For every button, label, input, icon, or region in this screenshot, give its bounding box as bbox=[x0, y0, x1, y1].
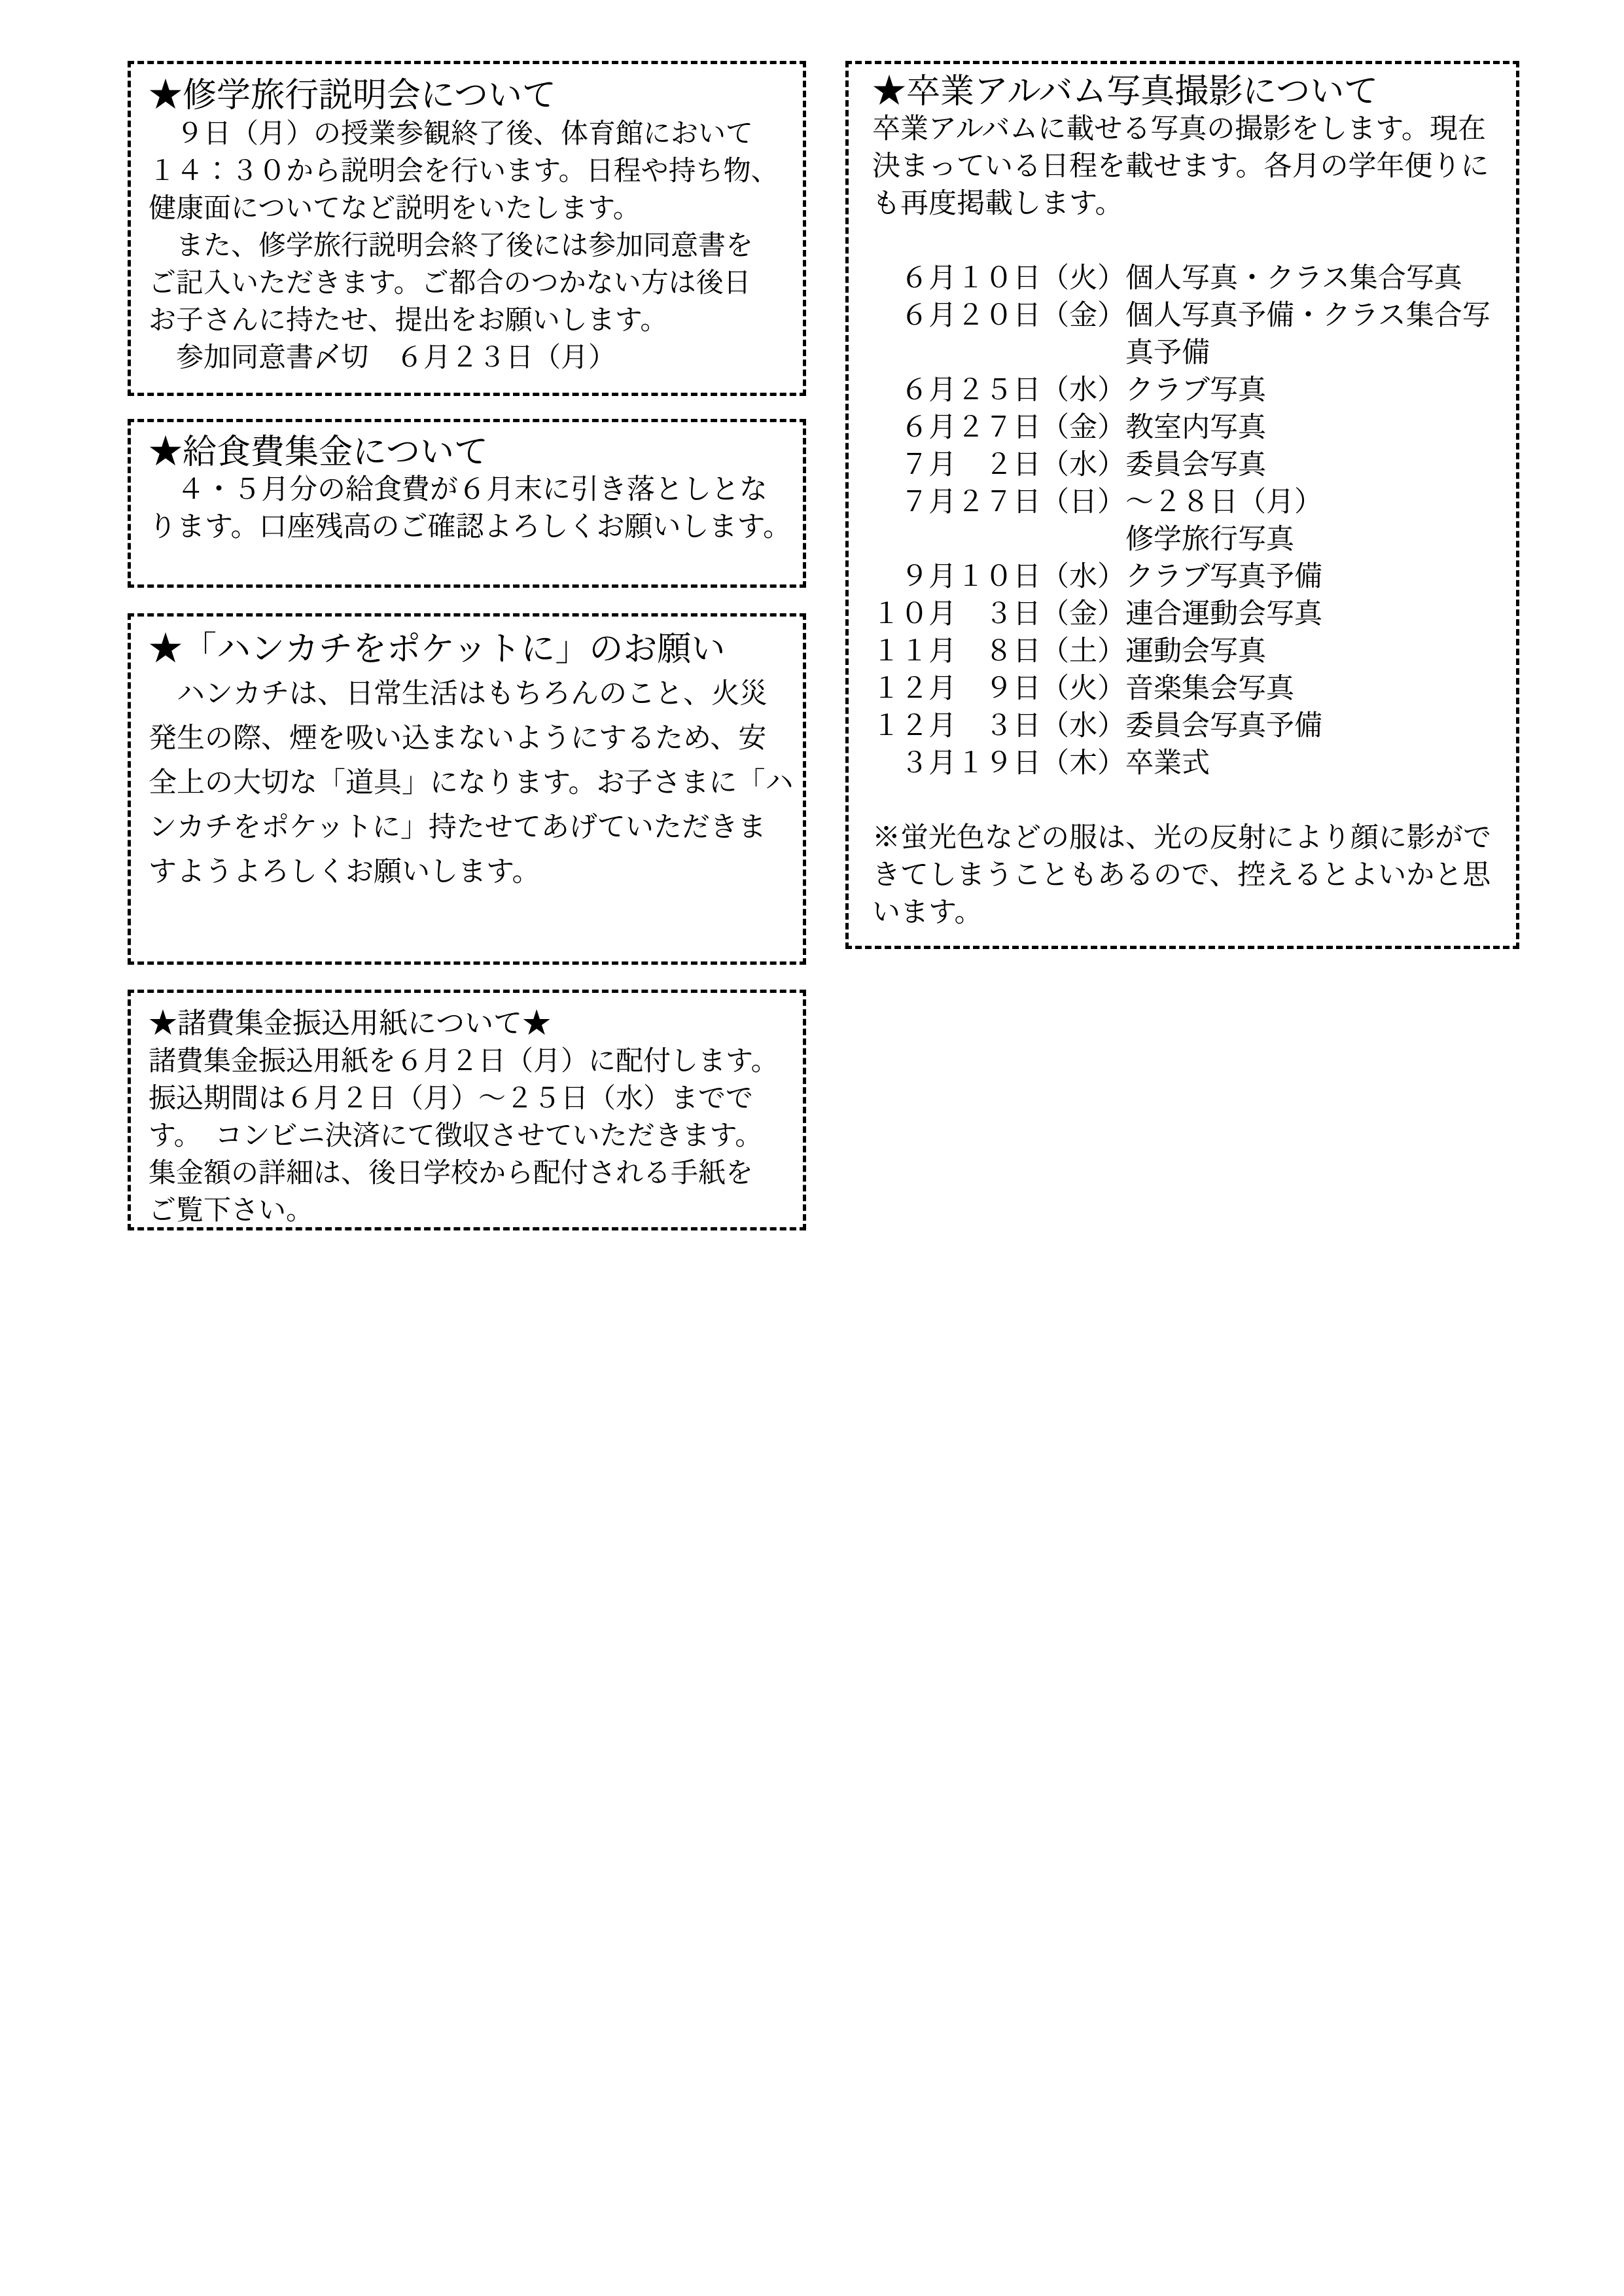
section-body: ４・５月分の給食費が６月末に引き落としとなります。口座残高のご確認よろしくお願い… bbox=[149, 471, 791, 546]
text-line: ９日（月）の授業参観終了後、体育館において bbox=[149, 115, 791, 152]
section-heading: ★諸費集金振込用紙について★ bbox=[149, 1005, 791, 1042]
text-line: また、修学旅行説明会終了後には参加同意書を bbox=[149, 226, 791, 264]
schedule-line: 真予備 bbox=[872, 334, 1508, 372]
text-line: 諸費集金振込用紙を６月２日（月）に配付します。 bbox=[149, 1042, 791, 1079]
schedule-line: ６月２５日（水）クラブ写真 bbox=[872, 372, 1508, 409]
schedule-line: ６月２７日（金）教室内写真 bbox=[872, 409, 1508, 446]
section-body: 諸費集金振込用紙を６月２日（月）に配付します。振込期間は６月２日（月）～２５日（… bbox=[149, 1042, 791, 1229]
text-line: います。 bbox=[872, 894, 1508, 931]
photo-schedule-list: ６月１０日（火）個人写真・クラス集合写真 ６月２０日（金）個人写真予備・クラス集… bbox=[872, 260, 1508, 782]
text-line: ご記入いただきます。ご都合のつかない方は後日 bbox=[149, 264, 791, 301]
section-body: ハンカチは、日常生活はもちろんのこと、火災発生の際、煙を吸い込まないようにするた… bbox=[149, 672, 791, 894]
text-line: すようよろしくお願いします。 bbox=[149, 850, 791, 894]
text-line: ハンカチは、日常生活はもちろんのこと、火災 bbox=[149, 672, 791, 716]
schedule-line: １１月 ８日（土）運動会写真 bbox=[872, 633, 1508, 670]
section-transfer-form: ★諸費集金振込用紙について★ 諸費集金振込用紙を６月２日（月）に配付します。振込… bbox=[128, 990, 806, 1230]
schedule-line: 修学旅行写真 bbox=[872, 521, 1508, 558]
section-heading: ★卒業アルバム写真撮影について bbox=[872, 73, 1508, 111]
schedule-line: ９月１０日（水）クラブ写真予備 bbox=[872, 558, 1508, 596]
text-line: ンカチをポケットに」持たせてあげていただきま bbox=[149, 805, 791, 850]
text-line: 全上の大切な「道具」になります。お子さまに「ハ bbox=[149, 761, 791, 805]
schedule-line: ３月１９日（木）卒業式 bbox=[872, 745, 1508, 782]
text-line: ４・５月分の給食費が６月末に引き落としとな bbox=[149, 471, 791, 509]
schedule-line: ６月２０日（金）個人写真予備・クラス集合写 bbox=[872, 297, 1508, 334]
text-line: 発生の際、煙を吸い込まないようにするため、安 bbox=[149, 716, 791, 761]
text-line: ※蛍光色などの服は、光の反射により顔に影がで bbox=[872, 819, 1508, 857]
text-line: 振込期間は６月２日（月）～２５日（水）までで bbox=[149, 1079, 791, 1117]
schedule-line: １２月 ９日（火）音楽集会写真 bbox=[872, 670, 1508, 708]
schedule-line: ７月２７日（日）～２８日（月） bbox=[872, 484, 1508, 521]
schedule-line: １０月 ３日（金）連合運動会写真 bbox=[872, 596, 1508, 633]
section-heading: ★給食費集金について bbox=[149, 434, 791, 471]
album-intro: 卒業アルバムに載せる写真の撮影をします。現在決まっている日程を載せます。各月の学… bbox=[872, 111, 1508, 223]
text-line: 健康面についてなど説明をいたします。 bbox=[149, 189, 791, 226]
section-trip-briefing: ★修学旅行説明会について ９日（月）の授業参観終了後、体育館において１４：３０か… bbox=[128, 61, 806, 396]
section-handkerchief-request: ★「ハンカチをポケットに」のお願い ハンカチは、日常生活はもちろんのこと、火災発… bbox=[128, 613, 806, 965]
schedule-line: １２月 ３日（水）委員会写真予備 bbox=[872, 708, 1508, 745]
section-lunch-fee: ★給食費集金について ４・５月分の給食費が６月末に引き落としとなります。口座残高… bbox=[128, 419, 806, 588]
text-line: 集金額の詳細は、後日学校から配付される手紙を bbox=[149, 1154, 791, 1191]
text-line: １４：３０から説明会を行います。日程や持ち物、 bbox=[149, 152, 791, 189]
text-line: す。 コンビニ決済にて徴収させていただきます。 bbox=[149, 1117, 791, 1154]
text-line: 参加同意書〆切 ６月２３日（月） bbox=[149, 338, 791, 376]
text-line: きてしまうこともあるので、控えるとよいかと思 bbox=[872, 857, 1508, 894]
text-line: お子さんに持たせ、提出をお願いします。 bbox=[149, 301, 791, 338]
schedule-line: ７月 ２日（水）委員会写真 bbox=[872, 446, 1508, 484]
text-line: 決まっている日程を載せます。各月の学年便りに bbox=[872, 148, 1508, 185]
schedule-line: ６月１０日（火）個人写真・クラス集合写真 bbox=[872, 260, 1508, 297]
text-line: 卒業アルバムに載せる写真の撮影をします。現在 bbox=[872, 111, 1508, 148]
section-heading: ★修学旅行説明会について bbox=[149, 77, 791, 115]
text-line: ご覧下さい。 bbox=[149, 1191, 791, 1229]
text-line: も再度掲載します。 bbox=[872, 185, 1508, 223]
section-body: ９日（月）の授業参観終了後、体育館において１４：３０から説明会を行います。日程や… bbox=[149, 115, 791, 376]
album-note: ※蛍光色などの服は、光の反射により顔に影ができてしまうこともあるので、控えるとよ… bbox=[872, 819, 1508, 931]
newsletter-page: ★修学旅行説明会について ９日（月）の授業参観終了後、体育館において１４：３０か… bbox=[0, 0, 1624, 2296]
text-line: ります。口座残高のご確認よろしくお願いします。 bbox=[149, 509, 791, 546]
section-album-photos: ★卒業アルバム写真撮影について 卒業アルバムに載せる写真の撮影をします。現在決ま… bbox=[845, 61, 1519, 949]
section-heading: ★「ハンカチをポケットに」のお願い bbox=[149, 627, 791, 672]
